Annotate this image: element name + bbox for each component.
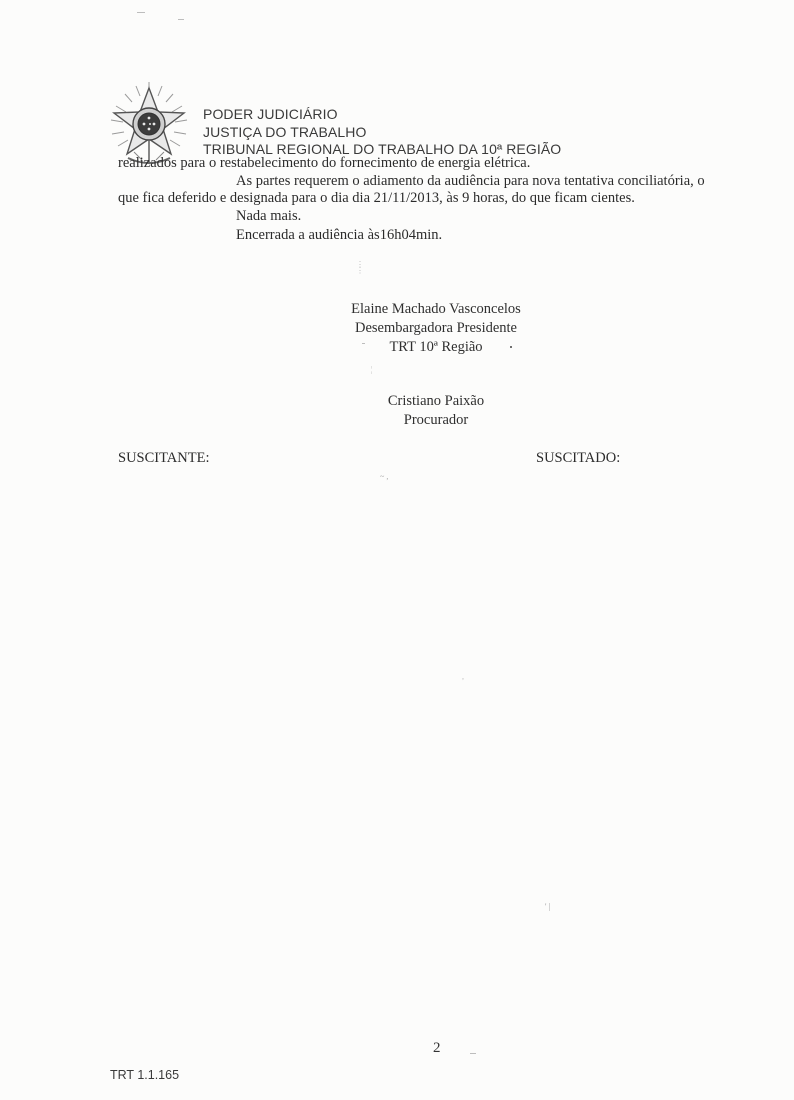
page-number: 2 bbox=[433, 1040, 441, 1057]
signature-prosecutor-title: Procurador bbox=[316, 412, 556, 429]
paragraph-adjournment-line-1: As partes requerem o adiamento da audiên… bbox=[236, 173, 705, 190]
form-code: TRT 1.1.165 bbox=[110, 1068, 179, 1082]
faint-stamp-mark: ⋮⋮ bbox=[356, 262, 364, 274]
scan-mark: , bbox=[462, 672, 464, 681]
signature-prosecutor-name: Cristiano Paixão bbox=[316, 393, 556, 410]
scan-mark bbox=[362, 343, 365, 344]
paragraph-hearing-closed: Encerrada a audiência às16h04min. bbox=[236, 227, 442, 244]
signature-president-name: Elaine Machado Vasconcelos bbox=[316, 301, 556, 318]
paragraph-adjournment-line-2: que fica deferido e designada para o dia… bbox=[118, 190, 635, 207]
scan-mark bbox=[470, 1053, 476, 1054]
letterhead-line-2: JUSTIÇA DO TRABALHO bbox=[203, 124, 366, 140]
body-line-continuation: realizados para o restabelecimento do fo… bbox=[118, 155, 530, 172]
signature-president-title: Desembargadora Presidente bbox=[316, 320, 556, 337]
signature-president-org: TRT 10ª Região bbox=[316, 339, 556, 356]
ink-dot bbox=[510, 346, 512, 348]
party-suscitado-label: SUSCITADO: bbox=[536, 450, 620, 467]
faint-stamp-mark: ¦ bbox=[371, 365, 373, 374]
party-suscitante-label: SUSCITANTE: bbox=[118, 450, 209, 467]
scan-mark bbox=[137, 12, 145, 13]
letterhead-line-1: PODER JUDICIÁRIO bbox=[203, 106, 338, 122]
scan-mark bbox=[178, 19, 184, 20]
scan-mark: ' | bbox=[545, 902, 550, 911]
faint-stamp-mark: ~ , bbox=[380, 472, 388, 481]
paragraph-nothing-more: Nada mais. bbox=[236, 208, 301, 225]
